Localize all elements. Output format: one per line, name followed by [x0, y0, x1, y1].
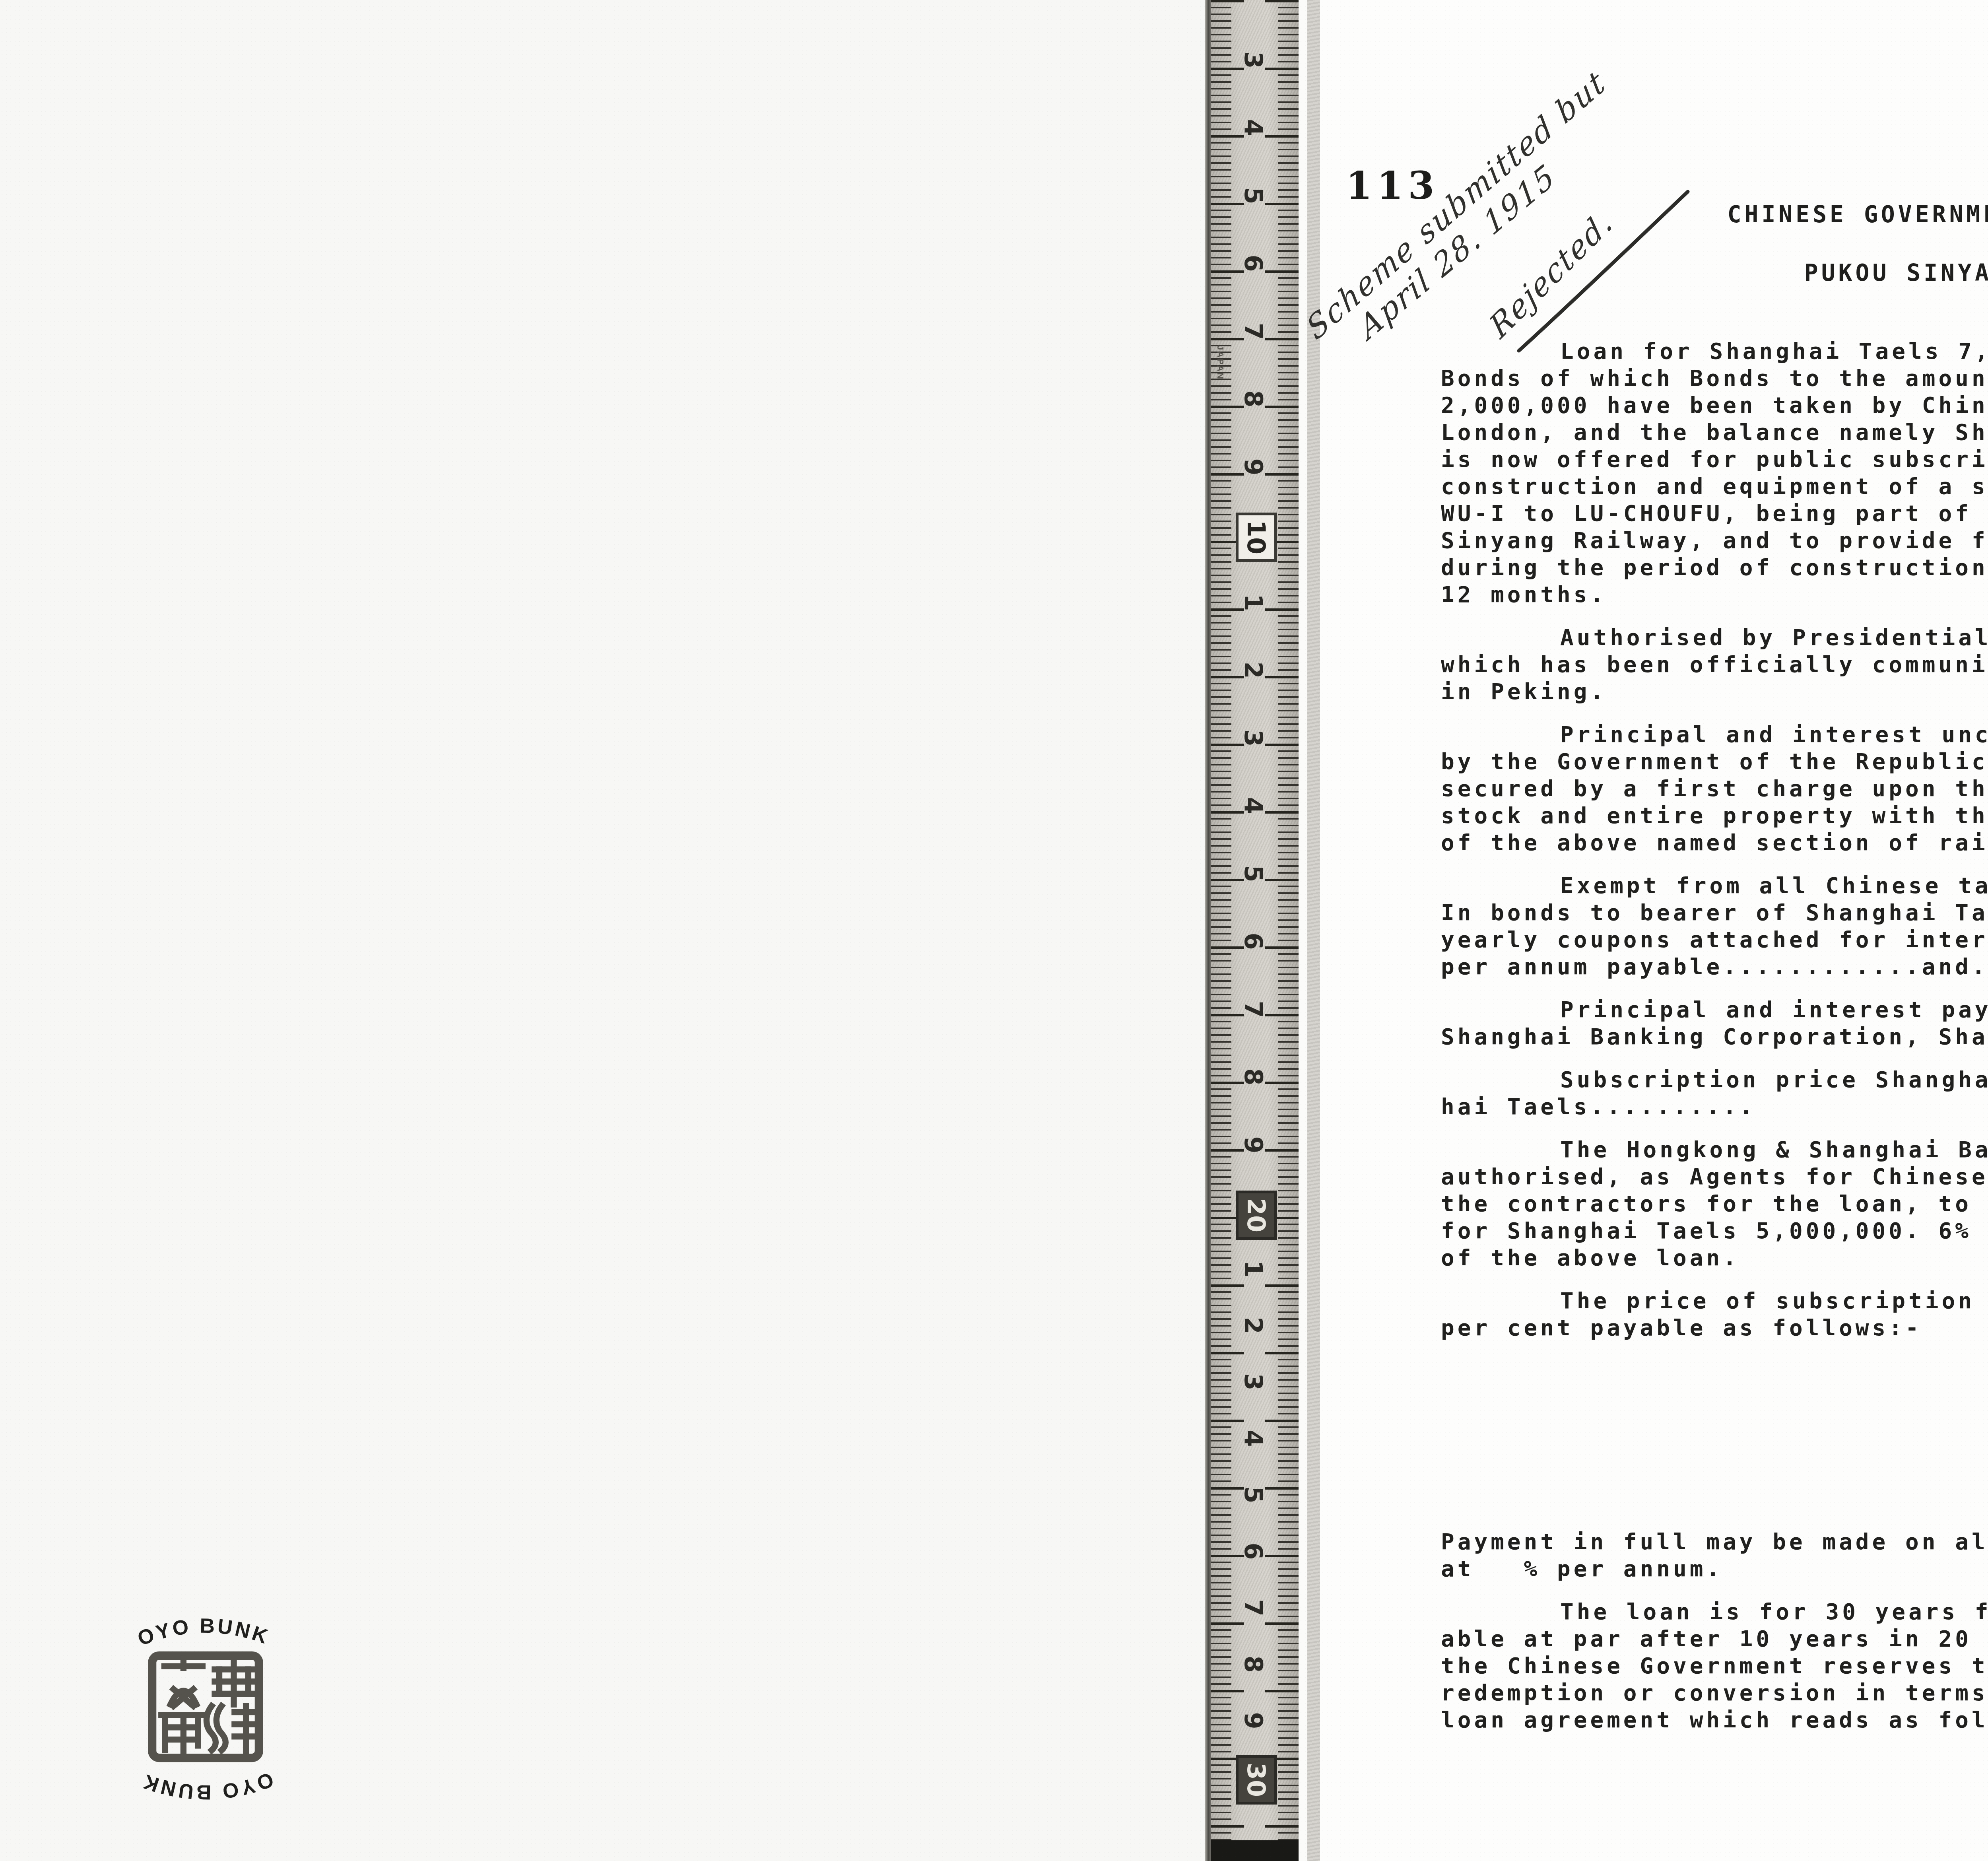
text-line: Subscription price Shanghai Taels.......… [1441, 1066, 1988, 1094]
ruler-number: 9 [1236, 445, 1272, 489]
text-line: Loan for Shanghai Taels 7,000,000 in 6% … [1441, 338, 1988, 365]
text-line: by the Government of the Republic of Chi… [1441, 748, 1988, 775]
ruler-number: 6 [1236, 919, 1272, 963]
page-edge-shadow [1307, 0, 1320, 1861]
ruler-number: 7 [1236, 1586, 1272, 1630]
text-line: Shanghai Banking Corporation, Shanghai. [1441, 1024, 1988, 1051]
ruler-number: 6 [1236, 1529, 1272, 1573]
paragraph: The loan is for 30 years from.......and … [1441, 1599, 1988, 1734]
text-line: The price of subscription is Shanghai Ta… [1441, 1288, 1988, 1315]
text-line: the Chinese Government reserves the righ… [1441, 1653, 1988, 1680]
document-scan: { "page": { "number": "113", "annotation… [0, 0, 1988, 1861]
text-line: 12 months. [1441, 581, 1988, 608]
ruler-number: 20 [1236, 1191, 1277, 1240]
text-line: able at par after 10 years in 20 equal i… [1441, 1626, 1988, 1653]
ruler-number: 3 [1236, 38, 1272, 82]
ruler-number: 8 [1236, 1642, 1272, 1686]
text-line: for Shanghai Taels 5,000,000. 6% silver … [1441, 1218, 1988, 1245]
text-line: London, and the balance namely Shanghai … [1441, 419, 1988, 446]
text-line: construction and equipment of a section … [1441, 473, 1988, 500]
text-line: Principal and interest payable at the Ho… [1441, 997, 1988, 1024]
text-line: Bonds of which Bonds to the amount of Sh… [1441, 365, 1988, 392]
page-number: 113 [1346, 164, 1439, 208]
paragraph: The Hongkong & Shanghai Banking Corporat… [1441, 1136, 1988, 1272]
ruler-number: 4 [1236, 106, 1272, 150]
text-line: at % per annum. [1441, 1556, 1988, 1583]
text-line: authorised, as Agents for Chinese Centra… [1441, 1164, 1988, 1191]
text-line: is now offered for public subscription f… [1441, 446, 1988, 473]
ruler-number: 9 [1236, 1699, 1272, 1743]
ruler-number: 10 [1236, 513, 1277, 562]
paragraph: Principal and interest payable at the Ho… [1441, 997, 1988, 1051]
svg-text:TOYO BUNKO: TOYO BUNKO [138, 1768, 283, 1801]
ruler-number: 1 [1236, 1247, 1272, 1291]
ruler-number: 2 [1236, 1303, 1272, 1347]
ruler-number: 9 [1236, 1123, 1272, 1167]
text-line: during the period of construction which … [1441, 554, 1988, 581]
paragraph: Loan for Shanghai Taels 7,000,000 in 6% … [1441, 338, 1988, 608]
text-line: Authorised by Presidential Order dated..… [1441, 624, 1988, 651]
page-gutter-shadow [1205, 0, 1211, 1861]
text-line: Exempt from all Chinese taxes and Impost… [1441, 872, 1988, 899]
ruler-number: 5 [1236, 174, 1272, 218]
text-line: per annum payable............and........… [1441, 954, 1988, 981]
ruler-number: 6 [1236, 241, 1272, 285]
svg-text:TOYO BUNKO: TOYO BUNKO [128, 1614, 273, 1650]
ruler-number: 2 [1236, 0, 1272, 14]
ruler-number: 7 [1236, 309, 1272, 353]
ruler-number: 8 [1236, 377, 1272, 421]
ruler-number: 4 [1236, 1416, 1272, 1460]
typewritten-body: Loan for Shanghai Taels 7,000,000 in 6% … [1441, 338, 1988, 1734]
doc-heading-primary: CHINESE GOVERNMENT RAILWAYS [1441, 201, 1988, 228]
paragraph: Subscription price Shanghai Taels.......… [1441, 1066, 1988, 1121]
text-line: Payment in full may be made on allotment… [1441, 1529, 1988, 1556]
text-line: secured by a first charge upon the perma… [1441, 775, 1988, 802]
ruler-number: 8 [1236, 1055, 1272, 1099]
text-line: Sinyang Railway, and to provide for paym… [1441, 527, 1988, 554]
toyo-bunko-seal: TOYO BUNKO TOYO BUNKO [128, 1614, 283, 1801]
seal-characters [152, 1656, 259, 1758]
text-line: of the above loan. [1441, 1245, 1988, 1272]
text-line: The Hongkong & Shanghai Banking Corporat… [1441, 1136, 1988, 1164]
text-line: per cent payable as follows:- [1441, 1315, 1988, 1342]
ruler-number: 7 [1236, 987, 1272, 1031]
text-line: of the above named section of railway. [1441, 829, 1988, 857]
text-line: loan agreement which reads as follows:- [1441, 1707, 1988, 1734]
ruler-number: 4 [1236, 784, 1272, 828]
ruler-number: 3 [1236, 716, 1272, 760]
text-line: Principal and interest unconditionally g… [1441, 721, 1988, 748]
text-line: in Peking. [1441, 678, 1988, 705]
doc-heading-secondary: PUKOU SINYANG LINE [1441, 259, 1988, 286]
ruler-number: 30 [1236, 1755, 1277, 1805]
ruler-end-cap [1211, 1840, 1299, 1861]
ruler-number: 1 [1236, 581, 1272, 624]
left-blank-page [0, 0, 1205, 1861]
paragraph: Payment in full may be made on allotment… [1441, 1529, 1988, 1583]
text-line: 2,000,000 have been taken by Chinese Cen… [1441, 392, 1988, 419]
ruler-number: 3 [1236, 1360, 1272, 1404]
paragraph: Authorised by Presidential Order dated..… [1441, 624, 1988, 705]
ruler-number: 2 [1236, 648, 1272, 692]
text-line: redemption or conversion in terms of Art… [1441, 1680, 1988, 1707]
ruler-page-gap [1299, 0, 1307, 1861]
ruler-number: 5 [1236, 1473, 1272, 1517]
text-line: the contractors for the loan, to receive… [1441, 1191, 1988, 1218]
paragraph: The price of subscription is Shanghai Ta… [1441, 1288, 1988, 1342]
text-line: WU-I to LU-CHOUFU, being part of the pro… [1441, 500, 1988, 527]
text-line: hai Taels.......... [1441, 1094, 1988, 1121]
text-line: which has been officially communicated t… [1441, 651, 1988, 678]
paragraph: Principal and interest unconditionally g… [1441, 721, 1988, 857]
paragraph: Exempt from all Chinese taxes and Impost… [1441, 872, 1988, 981]
text-line: The loan is for 30 years from.......and … [1441, 1599, 1988, 1626]
ruler-number: 5 [1236, 852, 1272, 896]
ruler-brand-label: JAPAN [1215, 345, 1225, 380]
text-line: yearly coupons attached for interest at … [1441, 927, 1988, 954]
toyo-bunko-stamp-bottom-left: TOYO BUNKO TOYO BUNKO [128, 1614, 283, 1801]
text-line: In bonds to bearer of Shanghai Taels....… [1441, 899, 1988, 927]
text-line: stock and entire property with the freig… [1441, 802, 1988, 829]
